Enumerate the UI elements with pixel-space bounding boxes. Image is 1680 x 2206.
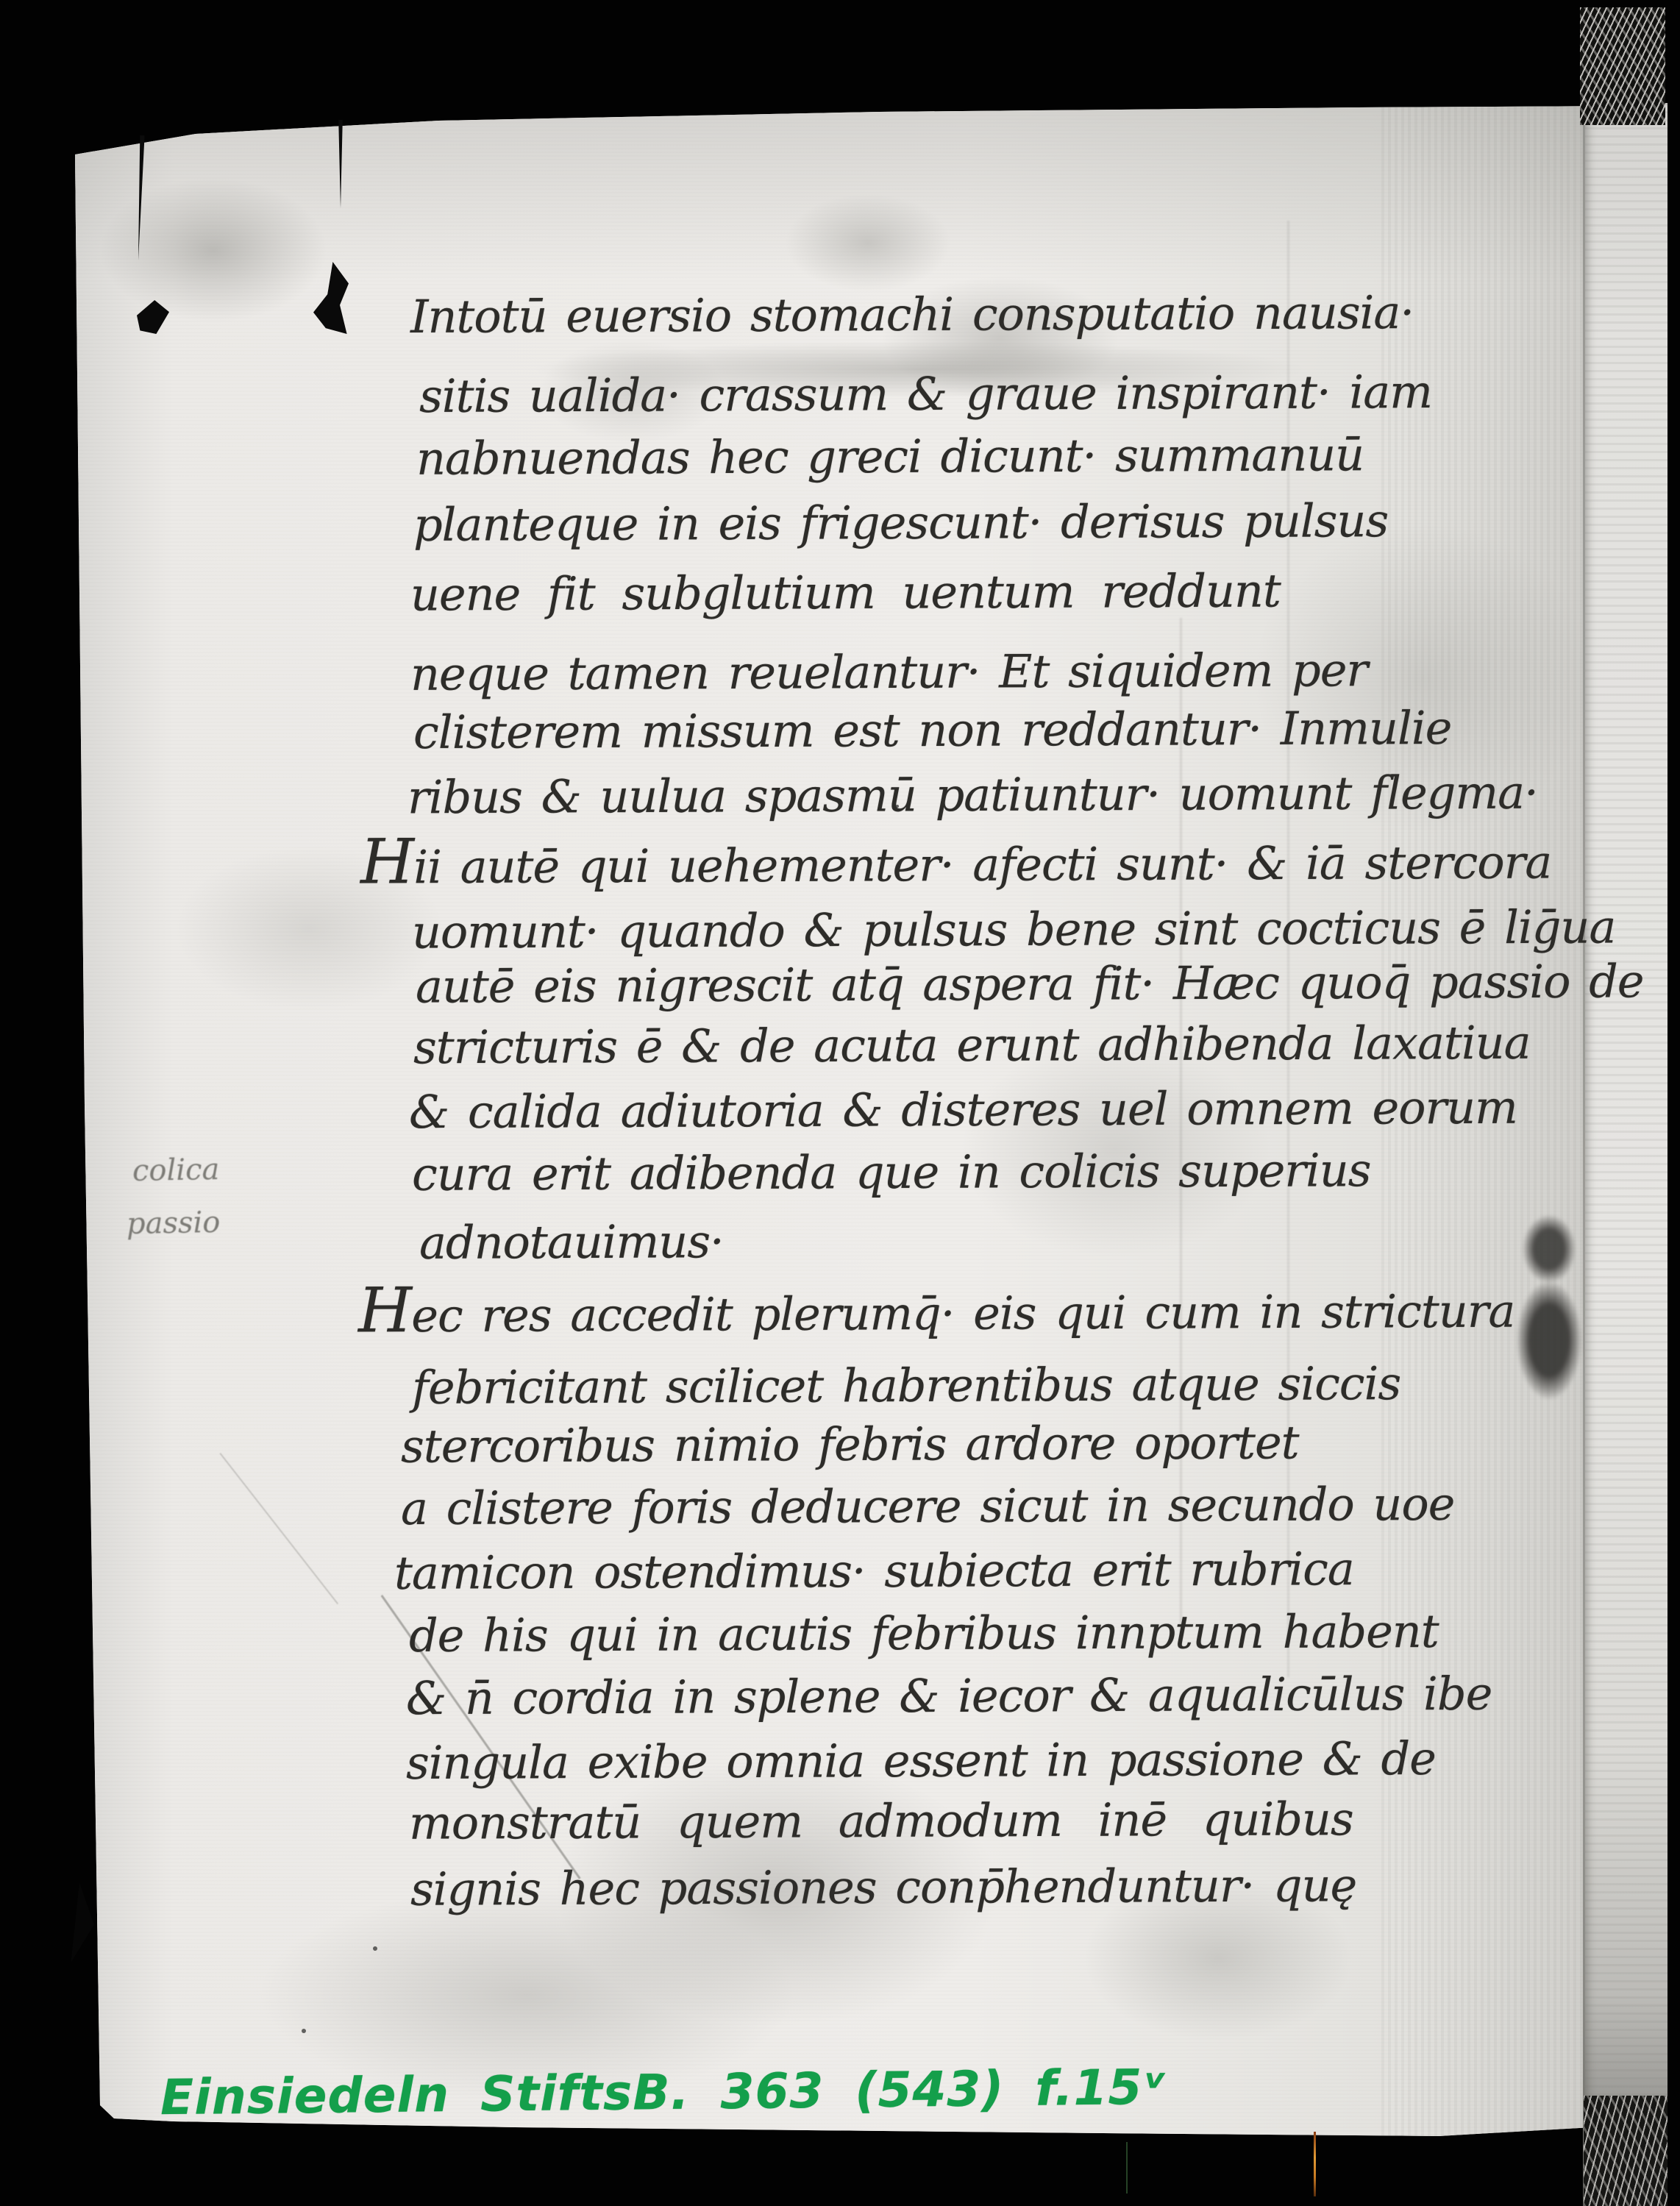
book-fore-edge [1583, 103, 1667, 2206]
manuscript-text-line: adnotauimus· [419, 1215, 724, 1270]
manuscript-text-line: a clistere foris deducere sicut in secun… [401, 1478, 1455, 1535]
dust-speck [302, 2029, 306, 2033]
manuscript-text-line: Hec res accedit plerumq̄· eis qui cum in… [358, 1279, 1515, 1343]
manuscript-text-line: uene fit subglutium uentum reddunt [410, 564, 1281, 621]
manuscript-text-line: Hii autē qui uehementer· afecti sunt· & … [360, 830, 1552, 894]
manuscript-text-line: planteque in eis frigescunt· derisus pul… [413, 494, 1389, 552]
manuscript-text-line: sitis ualida· crassum & graue inspirant·… [419, 366, 1432, 423]
manuscript-text-line: & n̄ cordia in splene & iecor & aqualicū… [406, 1668, 1492, 1725]
shelfmark-annotation: Einsiedeln StiftsB. 363 (543) f.15ᵛ [160, 2059, 1168, 2127]
manuscript-text-line: stricturis ē & de acuta erunt adhibenda … [413, 1017, 1531, 1075]
manuscript-text-line: singula exibe omnia essent in passione &… [406, 1732, 1436, 1790]
margin-note-colica: colica [132, 1153, 220, 1188]
manuscript-text-line: de his qui in acutis febribus innptum ha… [409, 1605, 1439, 1662]
manuscript-text-line: stercoribus nimio febris ardore oportet [401, 1416, 1299, 1473]
manuscript-photo-frame: Intotū euersio stomachi consputatio naus… [0, 0, 1680, 2206]
manuscript-text-line: monstratū quem admodum inē quibus [409, 1793, 1353, 1850]
manuscript-text-line: ribus & uulua spasmū patiuntur· uomunt f… [407, 766, 1538, 825]
margin-note-passio: passio [127, 1206, 221, 1241]
manuscript-text-line: Intotū euersio stomachi consputatio naus… [410, 286, 1414, 344]
manuscript-text-line: signis hec passiones conp̄henduntur· quę [410, 1859, 1357, 1916]
manuscript-text-line: neque tamen reuelantur· Et siquidem per [410, 644, 1367, 701]
manuscript-text-line: nabnuendas hec greci dicunt· summanuū [416, 428, 1364, 485]
parchment-edge-notch [71, 1882, 98, 1965]
ink-blotch [1523, 1215, 1576, 1283]
manuscript-text-line: febricitant scilicet habrentibus atque s… [412, 1357, 1401, 1415]
dust-speck [373, 1946, 377, 1951]
book-edge-texture [1580, 7, 1665, 125]
scan-artifact-line [1126, 2142, 1128, 2193]
manuscript-text-line: & calida adiutoria & disteres uel omnem … [409, 1081, 1517, 1139]
scan-artifact-line [1314, 2132, 1316, 2196]
manuscript-text-line: tamicon ostendimus· subiecta erit rubric… [394, 1543, 1354, 1600]
manuscript-text-line: cura erit adibenda que in colicis superi… [412, 1144, 1371, 1201]
manuscript-text-line: clisterem missum est non reddantur· Inmu… [413, 702, 1452, 759]
manuscript-text-line: uomunt· quando & pulsus bene sint coctic… [412, 900, 1616, 958]
manuscript-text-line: autē eis nigrescit atq̄ aspera fit· Hæc … [416, 955, 1644, 1013]
ink-blotch [1517, 1281, 1581, 1399]
